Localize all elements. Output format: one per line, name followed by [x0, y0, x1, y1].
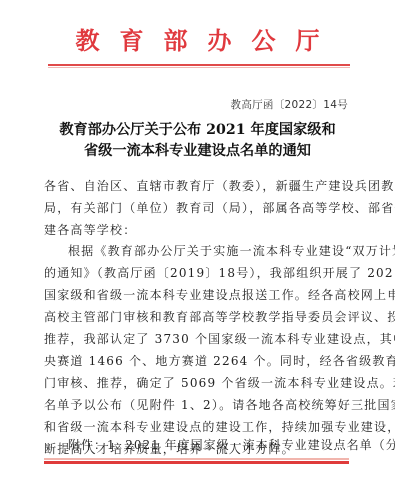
issuing-organization: 教育部办公厅 — [0, 26, 395, 56]
paragraph-line: 根据《教育部办公厅关于实施一流本科专业建设“双万计划” — [44, 240, 352, 262]
footer-divider — [44, 458, 349, 464]
attachment-line: 附件：1. 2021 年度国家级一流本科专业建设点名单（分送） — [68, 436, 395, 453]
paragraph-line: 门审核、推荐，确定了 5069 个省级一流本科专业建设点。现将 — [44, 372, 352, 394]
salutation-line: 各省、自治区、直辖市教育厅（教委），新疆生产建设兵团教育 — [44, 175, 352, 197]
title-line: 省级一流本科专业建设点名单的通知 — [0, 141, 395, 162]
paragraph-line: 推荐，我部认定了 3730 个国家级一流本科专业建设点，其中中 — [44, 328, 352, 350]
header-divider — [48, 64, 350, 68]
document-number: 教高厅函〔2022〕14号 — [231, 97, 348, 112]
document-title: 教育部办公厅关于公布 2021 年度国家级和 省级一流本科专业建设点名单的通知 — [0, 120, 395, 162]
paragraph-line: 国家级和省级一流本科专业建设点报送工作。经各高校网上申报、 — [44, 284, 352, 306]
paragraph-line: 和省级一流本科专业建设点的建设工作，持续加强专业建设，不 — [44, 416, 352, 438]
body-paragraph: 根据《教育部办公厅关于实施一流本科专业建设“双万计划” 的通知》（教高厅函〔20… — [44, 240, 352, 460]
paragraph-line: 名单予以公布（见附件 1、2）。请各地各高校统筹好三批国家级 — [44, 394, 352, 416]
paragraph-line: 央赛道 1466 个、地方赛道 2264 个。同时，经各省级教育行政部 — [44, 350, 352, 372]
salutation-line: 建各高等学校： — [44, 219, 352, 241]
title-line: 教育部办公厅关于公布 2021 年度国家级和 — [0, 120, 395, 141]
paragraph-line: 的通知》（教高厅函〔2019〕18号），我部组织开展了 2021 年度 — [44, 262, 352, 284]
salutation: 各省、自治区、直辖市教育厅（教委），新疆生产建设兵团教育 局，有关部门（单位）教… — [44, 175, 352, 241]
paragraph-line: 高校主管部门审核和教育部高等学校教学指导委员会评议、投票 — [44, 306, 352, 328]
salutation-line: 局，有关部门（单位）教育司（局），部属各高等学校、部省合 — [44, 197, 352, 219]
